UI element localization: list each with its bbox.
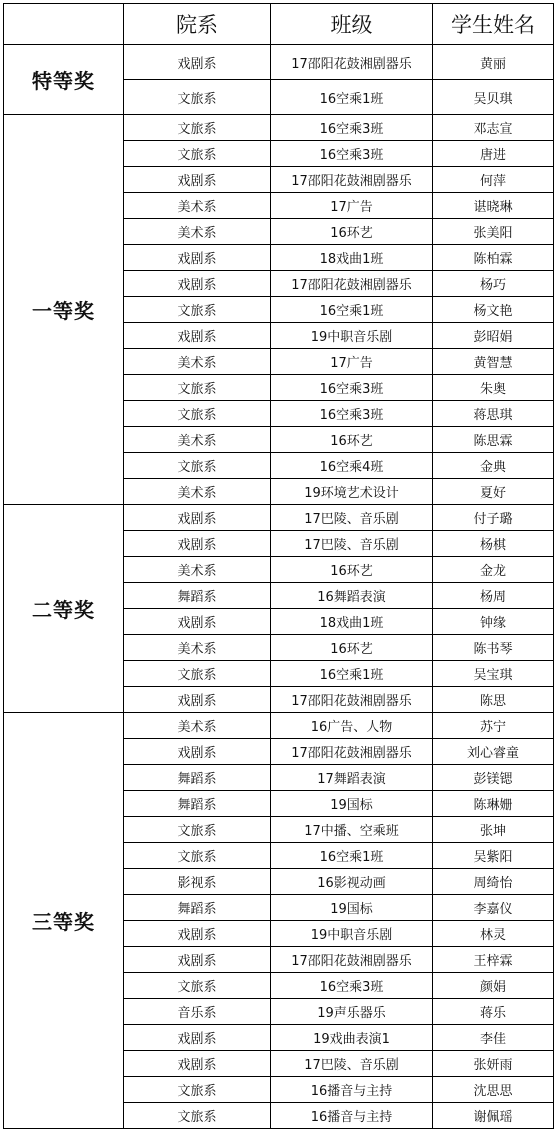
class-cell: 16空乘3班 bbox=[271, 115, 433, 141]
department-cell: 戏剧系 bbox=[124, 609, 271, 635]
department-cell: 戏剧系 bbox=[124, 45, 271, 80]
class-cell: 19声乐器乐 bbox=[271, 999, 433, 1025]
department-cell: 文旅系 bbox=[124, 401, 271, 427]
department-cell: 影视系 bbox=[124, 869, 271, 895]
department-cell: 戏剧系 bbox=[124, 271, 271, 297]
department-cell: 戏剧系 bbox=[124, 505, 271, 531]
class-cell: 19国标 bbox=[271, 895, 433, 921]
student-name-cell: 李佳 bbox=[433, 1025, 554, 1051]
student-name-cell: 杨文艳 bbox=[433, 297, 554, 323]
class-cell: 18戏曲1班 bbox=[271, 609, 433, 635]
student-name-cell: 彭镁锶 bbox=[433, 765, 554, 791]
department-cell: 文旅系 bbox=[124, 453, 271, 479]
class-cell: 16空乘1班 bbox=[271, 843, 433, 869]
student-name-cell: 苏宁 bbox=[433, 713, 554, 739]
department-cell: 美术系 bbox=[124, 349, 271, 375]
class-cell: 16空乘3班 bbox=[271, 375, 433, 401]
class-cell: 17舞蹈表演 bbox=[271, 765, 433, 791]
student-name-cell: 陈思霖 bbox=[433, 427, 554, 453]
department-cell: 戏剧系 bbox=[124, 323, 271, 349]
department-cell: 舞蹈系 bbox=[124, 895, 271, 921]
class-cell: 17巴陵、音乐剧 bbox=[271, 531, 433, 557]
student-name-cell: 沈思思 bbox=[433, 1077, 554, 1103]
class-cell: 16影视动画 bbox=[271, 869, 433, 895]
class-cell: 19戏曲表演1 bbox=[271, 1025, 433, 1051]
class-cell: 17巴陵、音乐剧 bbox=[271, 1051, 433, 1077]
class-cell: 16播音与主持 bbox=[271, 1077, 433, 1103]
student-name-cell: 杨周 bbox=[433, 583, 554, 609]
header-blank bbox=[4, 4, 124, 45]
class-cell: 17邵阳花鼓湘剧器乐 bbox=[271, 45, 433, 80]
student-name-cell: 张妍雨 bbox=[433, 1051, 554, 1077]
class-cell: 19中职音乐剧 bbox=[271, 921, 433, 947]
department-cell: 戏剧系 bbox=[124, 739, 271, 765]
department-cell: 文旅系 bbox=[124, 297, 271, 323]
header-department: 院系 bbox=[124, 4, 271, 45]
department-cell: 文旅系 bbox=[124, 80, 271, 115]
class-cell: 17邵阳花鼓湘剧器乐 bbox=[271, 947, 433, 973]
class-cell: 18戏曲1班 bbox=[271, 245, 433, 271]
student-name-cell: 蒋思琪 bbox=[433, 401, 554, 427]
class-cell: 17邵阳花鼓湘剧器乐 bbox=[271, 739, 433, 765]
student-name-cell: 吴贝琪 bbox=[433, 80, 554, 115]
table-row: 特等奖戏剧系17邵阳花鼓湘剧器乐黄丽 bbox=[4, 45, 554, 80]
department-cell: 舞蹈系 bbox=[124, 583, 271, 609]
class-cell: 16空乘3班 bbox=[271, 401, 433, 427]
department-cell: 美术系 bbox=[124, 713, 271, 739]
class-cell: 19中职音乐剧 bbox=[271, 323, 433, 349]
class-cell: 17邵阳花鼓湘剧器乐 bbox=[271, 271, 433, 297]
department-cell: 文旅系 bbox=[124, 1077, 271, 1103]
student-name-cell: 邓志宣 bbox=[433, 115, 554, 141]
class-cell: 19环境艺术设计 bbox=[271, 479, 433, 505]
header-row: 院系 班级 学生姓名 bbox=[4, 4, 554, 45]
student-name-cell: 刘心睿童 bbox=[433, 739, 554, 765]
class-cell: 17邵阳花鼓湘剧器乐 bbox=[271, 167, 433, 193]
department-cell: 戏剧系 bbox=[124, 245, 271, 271]
student-name-cell: 吴紫阳 bbox=[433, 843, 554, 869]
award-level: 二等奖 bbox=[4, 505, 124, 713]
class-cell: 16环艺 bbox=[271, 635, 433, 661]
table-row: 三等奖美术系16广告、人物苏宁 bbox=[4, 713, 554, 739]
student-name-cell: 夏好 bbox=[433, 479, 554, 505]
department-cell: 戏剧系 bbox=[124, 687, 271, 713]
student-name-cell: 黄丽 bbox=[433, 45, 554, 80]
student-name-cell: 金典 bbox=[433, 453, 554, 479]
department-cell: 文旅系 bbox=[124, 817, 271, 843]
header-class: 班级 bbox=[271, 4, 433, 45]
awards-table: 院系 班级 学生姓名 特等奖戏剧系17邵阳花鼓湘剧器乐黄丽文旅系16空乘1班吴贝… bbox=[3, 3, 554, 1129]
student-name-cell: 杨巧 bbox=[433, 271, 554, 297]
department-cell: 美术系 bbox=[124, 193, 271, 219]
award-level: 一等奖 bbox=[4, 115, 124, 505]
department-cell: 舞蹈系 bbox=[124, 791, 271, 817]
student-name-cell: 王梓霖 bbox=[433, 947, 554, 973]
department-cell: 美术系 bbox=[124, 479, 271, 505]
department-cell: 美术系 bbox=[124, 219, 271, 245]
class-cell: 16环艺 bbox=[271, 219, 433, 245]
department-cell: 美术系 bbox=[124, 427, 271, 453]
class-cell: 16环艺 bbox=[271, 427, 433, 453]
student-name-cell: 彭昭娟 bbox=[433, 323, 554, 349]
class-cell: 16空乘3班 bbox=[271, 141, 433, 167]
class-cell: 16播音与主持 bbox=[271, 1103, 433, 1129]
class-cell: 17中播、空乘班 bbox=[271, 817, 433, 843]
class-cell: 16空乘1班 bbox=[271, 80, 433, 115]
student-name-cell: 蒋乐 bbox=[433, 999, 554, 1025]
class-cell: 16空乘1班 bbox=[271, 297, 433, 323]
student-name-cell: 金龙 bbox=[433, 557, 554, 583]
student-name-cell: 谌晓琳 bbox=[433, 193, 554, 219]
department-cell: 音乐系 bbox=[124, 999, 271, 1025]
department-cell: 文旅系 bbox=[124, 115, 271, 141]
class-cell: 16环艺 bbox=[271, 557, 433, 583]
department-cell: 戏剧系 bbox=[124, 1051, 271, 1077]
awards-body: 特等奖戏剧系17邵阳花鼓湘剧器乐黄丽文旅系16空乘1班吴贝琪一等奖文旅系16空乘… bbox=[4, 45, 554, 1129]
student-name-cell: 付子璐 bbox=[433, 505, 554, 531]
student-name-cell: 颜娟 bbox=[433, 973, 554, 999]
student-name-cell: 谢佩瑶 bbox=[433, 1103, 554, 1129]
student-name-cell: 林灵 bbox=[433, 921, 554, 947]
department-cell: 舞蹈系 bbox=[124, 765, 271, 791]
department-cell: 文旅系 bbox=[124, 141, 271, 167]
student-name-cell: 陈思 bbox=[433, 687, 554, 713]
student-name-cell: 唐进 bbox=[433, 141, 554, 167]
class-cell: 16空乘1班 bbox=[271, 661, 433, 687]
department-cell: 戏剧系 bbox=[124, 921, 271, 947]
student-name-cell: 钟缘 bbox=[433, 609, 554, 635]
department-cell: 文旅系 bbox=[124, 1103, 271, 1129]
department-cell: 戏剧系 bbox=[124, 1025, 271, 1051]
class-cell: 19国标 bbox=[271, 791, 433, 817]
student-name-cell: 朱奥 bbox=[433, 375, 554, 401]
student-name-cell: 何萍 bbox=[433, 167, 554, 193]
department-cell: 文旅系 bbox=[124, 375, 271, 401]
department-cell: 美术系 bbox=[124, 557, 271, 583]
department-cell: 文旅系 bbox=[124, 843, 271, 869]
class-cell: 16空乘4班 bbox=[271, 453, 433, 479]
student-name-cell: 李嘉仪 bbox=[433, 895, 554, 921]
student-name-cell: 张美阳 bbox=[433, 219, 554, 245]
class-cell: 17广告 bbox=[271, 349, 433, 375]
department-cell: 戏剧系 bbox=[124, 531, 271, 557]
student-name-cell: 陈书琴 bbox=[433, 635, 554, 661]
class-cell: 17邵阳花鼓湘剧器乐 bbox=[271, 687, 433, 713]
table-row: 二等奖戏剧系17巴陵、音乐剧付子璐 bbox=[4, 505, 554, 531]
header-student: 学生姓名 bbox=[433, 4, 554, 45]
department-cell: 美术系 bbox=[124, 635, 271, 661]
student-name-cell: 陈琳姗 bbox=[433, 791, 554, 817]
award-level: 特等奖 bbox=[4, 45, 124, 115]
class-cell: 16舞蹈表演 bbox=[271, 583, 433, 609]
department-cell: 文旅系 bbox=[124, 973, 271, 999]
department-cell: 文旅系 bbox=[124, 661, 271, 687]
class-cell: 17巴陵、音乐剧 bbox=[271, 505, 433, 531]
student-name-cell: 周绮怡 bbox=[433, 869, 554, 895]
class-cell: 17广告 bbox=[271, 193, 433, 219]
student-name-cell: 杨棋 bbox=[433, 531, 554, 557]
student-name-cell: 陈柏霖 bbox=[433, 245, 554, 271]
student-name-cell: 吴宝琪 bbox=[433, 661, 554, 687]
class-cell: 16空乘3班 bbox=[271, 973, 433, 999]
student-name-cell: 黄智慧 bbox=[433, 349, 554, 375]
department-cell: 戏剧系 bbox=[124, 947, 271, 973]
award-level: 三等奖 bbox=[4, 713, 124, 1129]
department-cell: 戏剧系 bbox=[124, 167, 271, 193]
class-cell: 16广告、人物 bbox=[271, 713, 433, 739]
table-row: 一等奖文旅系16空乘3班邓志宣 bbox=[4, 115, 554, 141]
student-name-cell: 张坤 bbox=[433, 817, 554, 843]
